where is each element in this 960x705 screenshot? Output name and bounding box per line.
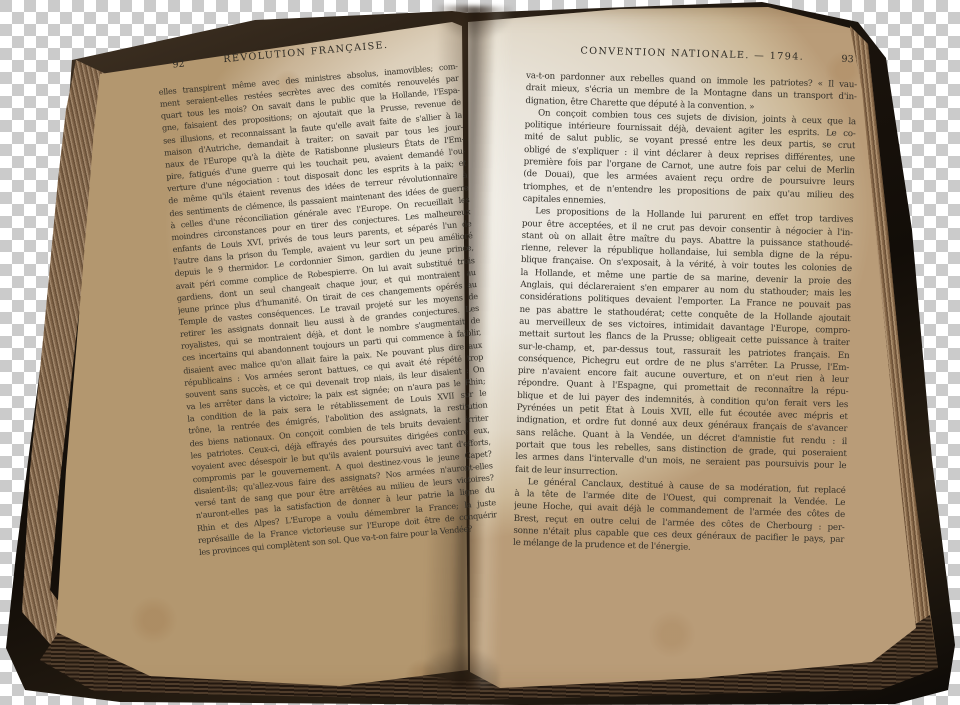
right-page-body: va-t-on pardonner aux rebelles quand on …	[513, 70, 857, 559]
right-page-text-block: CONVENTION NATIONALE. — 1794. 93 va-t-on…	[513, 44, 858, 563]
transparent-checkerboard-background: 92 RÉVOLUTION FRANÇAISE. elles transpire…	[0, 0, 960, 705]
left-page-body: elles transpirent même avec des ministre…	[158, 60, 498, 558]
left-page-text-block: 92 RÉVOLUTION FRANÇAISE. elles transpire…	[156, 34, 499, 568]
page-number: 92	[172, 59, 185, 71]
page-number: 93	[841, 54, 854, 65]
